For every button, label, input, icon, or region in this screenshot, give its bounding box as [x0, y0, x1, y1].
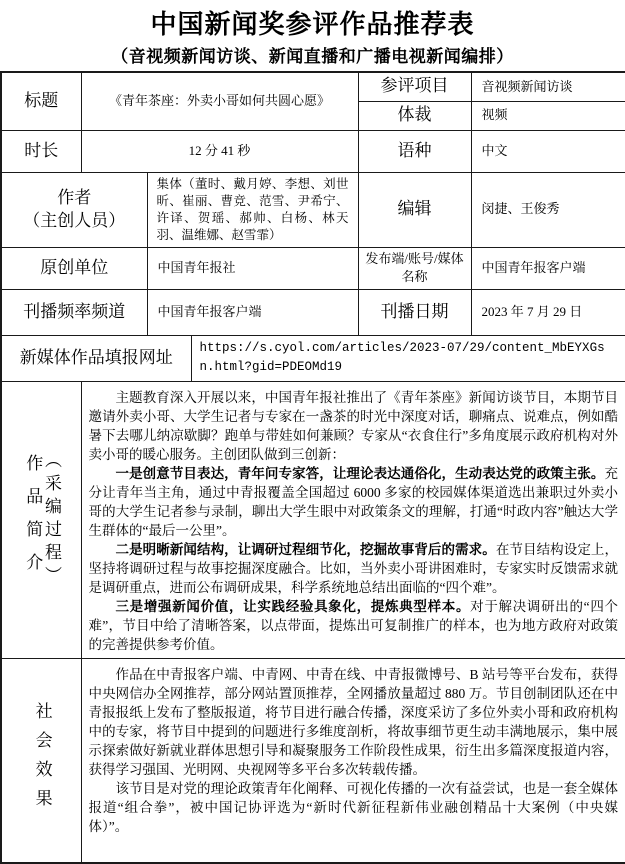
intro-paragraph-3: 二是明晰新闻结构，让调研过程细节化，挖掘故事背后的需求。在节目结构设定上，坚持将…: [89, 540, 619, 597]
document-header: 中国新闻奖参评作品推荐表 （音视频新闻访谈、新闻直播和广播电视新闻编排）: [0, 0, 625, 67]
broadcast-channel-value-cell: 中国青年报客户端: [147, 289, 358, 335]
editor-value-cell: 闵捷、王俊秀: [471, 172, 625, 247]
title-value-cell: 《青年茶座：外卖小哥如何共圆心愿》: [81, 72, 358, 130]
effect-content-cell: 作品在中青报客户端、中青网、中青在线、中青报微博号、B 站号等平台发布，获得中央…: [81, 658, 625, 863]
title-label-cell: 标题: [1, 72, 81, 130]
editor-label-cell: 编辑: [358, 172, 471, 247]
document-page: 中国新闻奖参评作品推荐表 （音视频新闻访谈、新闻直播和广播电视新闻编排） 标题 …: [0, 0, 625, 864]
intro-label-cell: 作品简介 （采编过程）: [1, 381, 81, 658]
intro-content-cell: 主题教育深入开展以来，中国青年报社推出了《青年茶座》新闻访谈节目，本期节目邀请外…: [81, 381, 625, 658]
page-subtitle: （音视频新闻访谈、新闻直播和广播电视新闻编排）: [0, 42, 625, 67]
duration-value-cell: 12 分 41 秒: [81, 130, 358, 172]
effect-paragraph-1: 作品在中青报客户端、中青网、中青在线、中青报微博号、B 站号等平台发布，获得中央…: [89, 665, 619, 779]
broadcast-channel-label-cell: 刊播频率频道: [1, 289, 147, 335]
recommendation-table: 标题 《青年茶座：外卖小哥如何共圆心愿》 参评项目 音视频新闻访谈 体裁 视频 …: [0, 71, 625, 864]
intro-label: 作品简介 （采编过程）: [2, 451, 81, 589]
entry-item-label-cell: 参评项目: [358, 72, 471, 101]
intro-paragraph-1-text: 主题教育深入开展以来，中国青年报社推出了《青年茶座》新闻访谈节目，本期节目邀请外…: [89, 390, 619, 462]
entry-item-value-cell: 音视频新闻访谈: [471, 72, 625, 101]
intro-paragraph-2-bold: 一是创意节目表达，青年问专家答，让理论表达通俗化，生动表达党的政策主张。: [116, 466, 605, 481]
intro-label-main: 作品简介: [23, 454, 42, 586]
url-label-cell: 新媒体作品填报网址: [1, 335, 191, 381]
author-value-cell: 集体（董时、戴月婷、李想、刘世昕、崔丽、曹竞、范雪、尹希宁、许译、贺瑶、郝帅、白…: [147, 172, 358, 247]
broadcast-date-label-cell: 刊播日期: [358, 289, 471, 335]
duration-label-cell: 时长: [1, 130, 81, 172]
author-label-cell: 作者 （主创人员）: [1, 172, 147, 247]
broadcast-date-value-cell: 2023 年 7 月 29 日: [471, 289, 625, 335]
original-unit-label-cell: 原创单位: [1, 247, 147, 289]
effect-paragraph-2-text: 该节目是对党的理论政策青年化阐释、可视化传播的一次有益尝试，也是一套全媒体报道“…: [89, 781, 619, 834]
effect-label-text: 社会效果: [32, 702, 51, 818]
intro-paragraph-4: 三是增强新闻价值，让实践经验具象化，提炼典型样本。对于解决调研出的“四个难”，节…: [89, 597, 619, 654]
intro-paragraph-2: 一是创意节目表达，青年问专家答，让理论表达通俗化，生动表达党的政策主张。充分让青…: [89, 464, 619, 540]
language-label-cell: 语种: [358, 130, 471, 172]
publish-account-value-cell: 中国青年报客户端: [471, 247, 625, 289]
original-unit-value-cell: 中国青年报社: [147, 247, 358, 289]
genre-label-cell: 体裁: [358, 101, 471, 130]
intro-label-paren: （采编过程）: [41, 451, 60, 589]
effect-label: 社会效果: [2, 702, 81, 818]
publish-account-label-cell: 发布端/账号/媒体名称: [358, 247, 471, 289]
author-label-sub: （主创人员）: [4, 210, 145, 233]
intro-paragraph-1: 主题教育深入开展以来，中国青年报社推出了《青年茶座》新闻访谈节目，本期节目邀请外…: [89, 388, 619, 464]
genre-value-cell: 视频: [471, 101, 625, 130]
page-title: 中国新闻奖参评作品推荐表: [0, 4, 625, 41]
effect-label-cell: 社会效果: [1, 658, 81, 863]
intro-paragraph-4-bold: 三是增强新闻价值，让实践经验具象化，提炼典型样本。: [116, 599, 471, 614]
url-text: https://s.cyol.com/articles/2023-07/29/c…: [191, 335, 625, 381]
intro-paragraph-3-bold: 二是明晰新闻结构，让调研过程细节化，挖掘故事背后的需求。: [116, 542, 496, 557]
effect-paragraph-1-text: 作品在中青报客户端、中青网、中青在线、中青报微博号、B 站号等平台发布，获得中央…: [89, 667, 619, 777]
language-value-cell: 中文: [471, 130, 625, 172]
effect-paragraph-2: 该节目是对党的理论政策青年化阐释、可视化传播的一次有益尝试，也是一套全媒体报道“…: [89, 779, 619, 836]
author-label: 作者: [4, 187, 145, 210]
